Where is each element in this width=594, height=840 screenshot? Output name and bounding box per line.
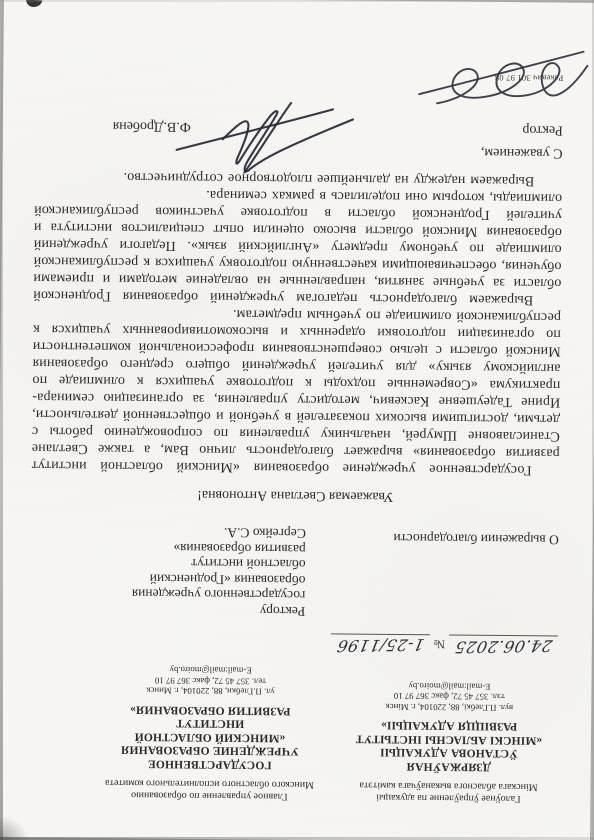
- handwritten-date: 24.06.2025: [453, 636, 554, 657]
- paragraph-gratitude-institute: Государственное учреждение образования «…: [31, 303, 561, 478]
- signature-stroke: [222, 111, 353, 173]
- number-blank: 1-25/1196: [331, 633, 430, 655]
- letter-content: Галоўнае ўпраўленне па адукацыі Мінскага…: [0, 0, 594, 840]
- addressee-block: Ректору государственного учреждения обра…: [30, 523, 306, 619]
- date-blank: 24.06.2025: [449, 634, 558, 656]
- organization-name-ru: ГОСУДАРСТВЕННОЕ УЧРЕЖДЕНИЕ ОБРАЗОВАНИЯ «…: [99, 702, 322, 772]
- scanned-letter-page: { "document": { "letterhead": { "by": { …: [0, 0, 594, 840]
- organization-name-by: ДЗЯРЖАЎНАЯ ЎСТАНОВА АДУКАЦЫІ «МІНСКІ АБЛ…: [321, 717, 578, 773]
- letterhead-russian-column: Главное управление по образованию Минско…: [98, 664, 321, 802]
- authority-name-by: Галоўнае ўпраўленне па адукацыі Мінскага…: [320, 778, 576, 804]
- handwritten-number: 1-25/1196: [335, 635, 426, 655]
- organization-address-ru: ул. П.Глебки, 88, 220104, г. Минск тел. …: [99, 664, 321, 698]
- authority-name-ru: Главное управление по образованию Минско…: [98, 776, 320, 802]
- signature-row: Ректор Ф.В.Дробеня: [35, 116, 563, 137]
- executor-note: Ракевич 301 97 08: [495, 73, 564, 84]
- signature-underline-stroke: [177, 108, 333, 151]
- reference-line: 24.06.2025№1-25/1196: [30, 630, 558, 656]
- organization-address-by: вул. П.Глебкі, 88, 220104, г. Мінск тэл.…: [321, 680, 577, 714]
- executor-row: Ракевич 301 97 08: [35, 50, 563, 97]
- paragraph-gratitude-teachers: Выражаем благодарность педагогам учрежде…: [33, 184, 562, 308]
- letterhead-belarusian-column: Галоўнае ўпраўленне па адукацыі Мінскага…: [320, 666, 577, 804]
- scanned-sheet: Галоўнае ўпраўленне па адукацыі Мінскага…: [0, 0, 594, 840]
- rector-signature-icon: [167, 102, 363, 178]
- signature-slash-stroke: [244, 102, 291, 172]
- number-sign-label: №: [430, 637, 450, 651]
- subject-line: О выражении благодарности: [344, 529, 559, 547]
- salutation: Уважаемая Светлана Антоновна!: [31, 484, 559, 505]
- signee-position: Ректор: [522, 121, 563, 137]
- letterhead: Галоўнае ўпраўленне па адукацыі Мінскага…: [28, 663, 577, 804]
- letter-body: Государственное учреждение образования «…: [31, 167, 562, 478]
